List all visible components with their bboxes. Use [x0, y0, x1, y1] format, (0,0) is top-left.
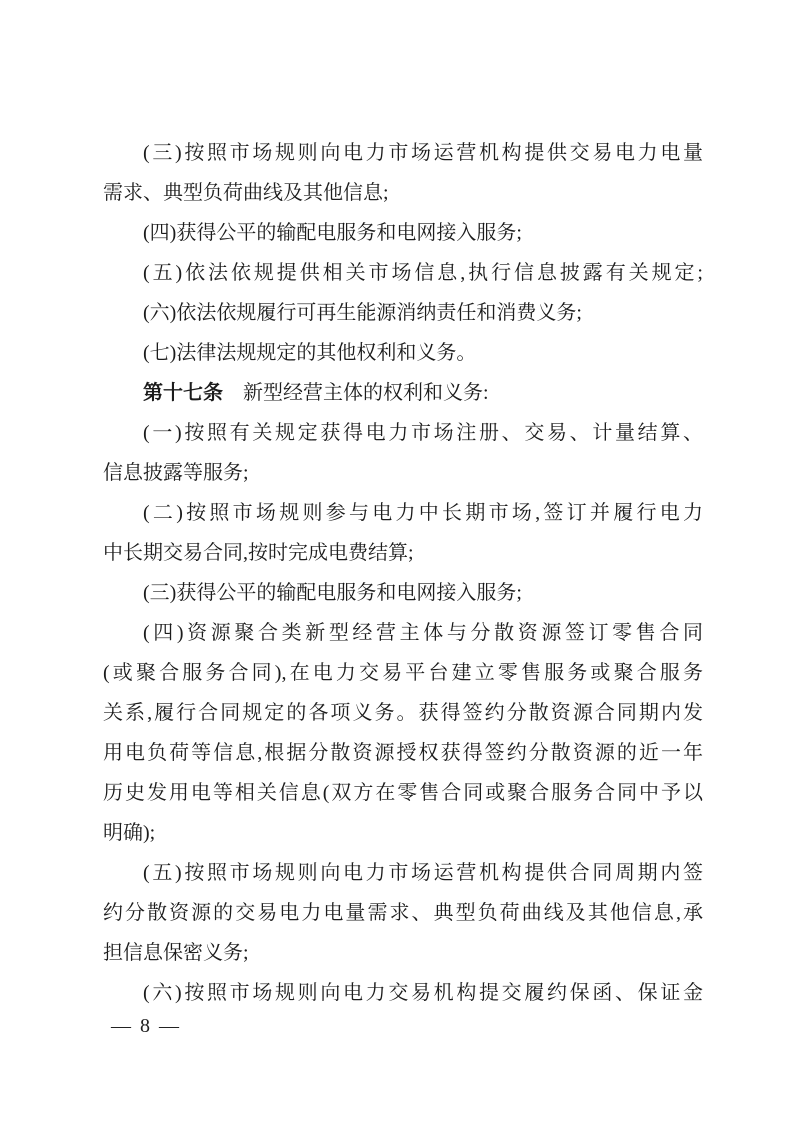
doc-line: (六)依法依规履行可再生能源消纳责任和消费义务; — [103, 293, 703, 333]
doc-line: (或聚合服务合同),在电力交易平台建立零售服务或聚合服务 — [103, 653, 703, 693]
doc-line: (三)按照市场规则向电力市场运营机构提供交易电力电量 — [103, 133, 703, 173]
doc-line: 关系,履行合同规定的各项义务。获得签约分散资源合同期内发 — [103, 693, 703, 733]
doc-line: 需求、典型负荷曲线及其他信息; — [103, 173, 703, 213]
doc-line: (四)资源聚合类新型经营主体与分散资源签订零售合同 — [103, 613, 703, 653]
article-number: 第十七条 — [143, 382, 223, 404]
doc-line: (二)按照市场规则参与电力中长期市场,签订并履行电力 — [103, 493, 703, 533]
article-title: 新型经营主体的权利和义务: — [223, 382, 489, 404]
doc-line: (三)获得公平的输配电服务和电网接入服务; — [103, 573, 703, 613]
doc-line: (五)按照市场规则向电力市场运营机构提供合同周期内签 — [103, 853, 703, 893]
doc-line: 担信息保密义务; — [103, 933, 703, 973]
doc-line: (一)按照有关规定获得电力市场注册、交易、计量结算、 — [103, 413, 703, 453]
page-number: — 8 — — [111, 1006, 181, 1046]
doc-line: 明确); — [103, 813, 703, 853]
document-page: (三)按照市场规则向电力市场运营机构提供交易电力电量 需求、典型负荷曲线及其他信… — [0, 0, 800, 1131]
doc-line: 约分散资源的交易电力电量需求、典型负荷曲线及其他信息,承 — [103, 893, 703, 933]
doc-line: (五)依法依规提供相关市场信息,执行信息披露有关规定; — [103, 253, 703, 293]
document-text-block: (三)按照市场规则向电力市场运营机构提供交易电力电量 需求、典型负荷曲线及其他信… — [103, 133, 703, 1013]
doc-line: (六)按照市场规则向电力交易机构提交履约保函、保证金 — [103, 973, 703, 1013]
doc-line: 信息披露等服务; — [103, 453, 703, 493]
doc-line: (四)获得公平的输配电服务和电网接入服务; — [103, 213, 703, 253]
doc-line: 历史发用电等相关信息(双方在零售合同或聚合服务合同中予以 — [103, 773, 703, 813]
doc-line: 用电负荷等信息,根据分散资源授权获得签约分散资源的近一年 — [103, 733, 703, 773]
doc-line: 中长期交易合同,按时完成电费结算; — [103, 533, 703, 573]
article-heading-line: 第十七条 新型经营主体的权利和义务: — [103, 373, 703, 413]
doc-line: (七)法律法规规定的其他权利和义务。 — [103, 333, 703, 373]
